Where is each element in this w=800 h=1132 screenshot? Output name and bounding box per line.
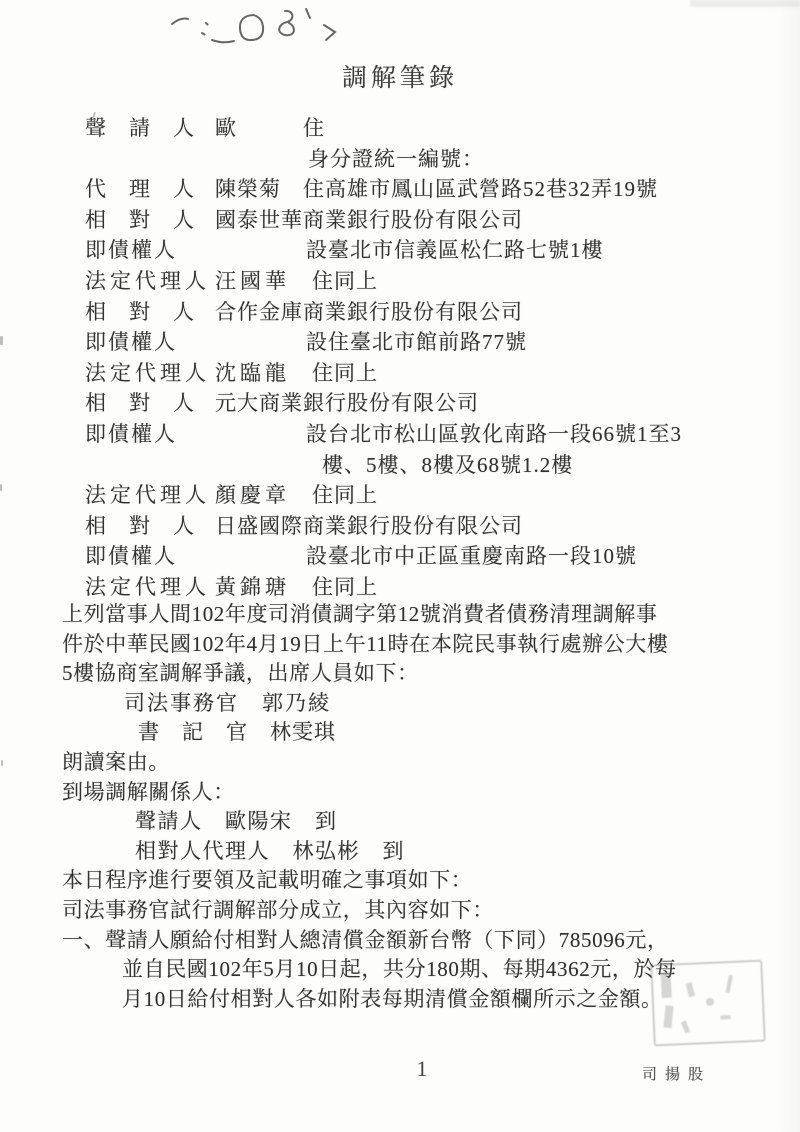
party-detail: 樓、5樓、8樓及68號1.2樓 <box>322 449 573 479</box>
record-body: 上列當事人間102年度司消債調字第12號消費者債務清理調解事 件於中華民國102… <box>0 598 800 1012</box>
party-name: 日盛國際商業銀行股份有限公司 <box>215 510 523 540</box>
party-label: 相 對 人 <box>85 387 195 417</box>
body-line-attendee: 相對人代理人 林弘彬 到 <box>135 835 800 865</box>
party-row-legal-rep: 法定代理人 黃錦瑭 住同上 <box>0 571 800 602</box>
party-name: 歐 <box>215 112 237 142</box>
body-line-clerk: 書 記 官 林雯琪 <box>138 716 800 746</box>
party-row-creditor: 即債權人 設臺北市信義區松仁路七號1樓 <box>0 234 800 265</box>
party-name: 元大商業銀行股份有限公司 <box>215 387 479 417</box>
party-label: 法定代理人 <box>85 571 210 601</box>
party-detail: 住同上 <box>312 479 378 509</box>
body-line: 件於中華民國102年4月19日上午11時在本院民事執行處辦公大樓 <box>62 628 800 658</box>
document-title: 調解筆錄 <box>0 58 800 94</box>
party-name: 黃錦瑭 <box>215 571 290 601</box>
court-seal-stamp <box>650 960 765 1047</box>
party-detail: 設臺北市中正區重慶南路一段10號 <box>306 540 637 570</box>
party-row-agent: 代 理 人 陳榮菊 住高雄市鳳山區武營路52巷32弄19號 <box>0 173 800 204</box>
body-line-attendee: 聲請人 歐陽宋 到 <box>135 805 800 835</box>
party-row-applicant: 聲 請 人 歐 住 <box>0 112 800 143</box>
scan-speck <box>0 336 3 345</box>
party-label: 相 對 人 <box>85 204 195 234</box>
party-detail: 住高雄市鳳山區武營路52巷32弄19號 <box>303 173 658 203</box>
party-row-id-number: 身分證統一編號： <box>0 143 800 174</box>
scan-speck <box>1 760 3 766</box>
body-line-settlement-amount: 一、聲請人願給付相對人總清償金額新台幣（下同）785096元， <box>62 924 800 954</box>
party-label: 聲 請 人 <box>85 112 195 142</box>
body-line: 本日程序進行要領及記載明確之事項如下： <box>62 864 800 894</box>
body-line: 到場調解關係人： <box>62 776 800 806</box>
party-detail: 設住臺北市館前路77號 <box>306 326 527 356</box>
party-list: 聲 請 人 歐 住 身分證統一編號： 代 理 人 陳榮菊 住高雄市鳳山區武營路5… <box>0 112 800 602</box>
court-section-label: 司揚股 <box>642 1063 711 1084</box>
party-name: 合作金庫商業銀行股份有限公司 <box>215 296 523 326</box>
party-row-creditor: 即債權人 設台北市松山區敦化南路一段66號1至3 <box>0 418 800 449</box>
scanned-document-page: 調解筆錄 聲 請 人 歐 住 身分證統一編號： 代 理 人 陳榮菊 住高雄市鳳山… <box>0 0 800 1132</box>
party-name: 國泰世華商業銀行股份有限公司 <box>215 204 523 234</box>
party-label: 相 對 人 <box>85 510 195 540</box>
body-line: 上列當事人間102年度司消債調字第12號消費者債務清理調解事 <box>62 598 800 628</box>
body-line: 朗讀案由。 <box>62 746 800 776</box>
party-label: 相 對 人 <box>85 296 195 326</box>
party-row-legal-rep: 法定代理人 沈臨龍 住同上 <box>0 357 800 388</box>
party-row-address-continuation: 樓、5樓、8樓及68號1.2樓 <box>0 449 800 480</box>
party-name: 顏慶章 <box>215 479 290 509</box>
party-row-legal-rep: 法定代理人 顏慶章 住同上 <box>0 479 800 510</box>
party-label: 法定代理人 <box>85 265 210 295</box>
party-name: 沈臨龍 <box>215 357 290 387</box>
body-line: 司法事務官試行調解部分成立，其內容如下： <box>62 894 800 924</box>
party-row-respondent: 相 對 人 元大商業銀行股份有限公司 <box>0 387 800 418</box>
party-name: 汪國華 <box>215 265 290 295</box>
party-label: 即債權人 <box>85 418 177 448</box>
party-label: 法定代理人 <box>85 479 210 509</box>
party-label: 代 理 人 <box>85 173 195 203</box>
party-row-creditor: 即債權人 設住臺北市館前路77號 <box>0 326 800 357</box>
handwritten-mark <box>0 0 400 60</box>
party-row-respondent: 相 對 人 國泰世華商業銀行股份有限公司 <box>0 204 800 235</box>
party-row-legal-rep: 法定代理人 汪國華 住同上 <box>0 265 800 296</box>
party-label: 法定代理人 <box>85 357 210 387</box>
page-number: 1 <box>402 1056 442 1082</box>
scan-edge-band <box>774 0 800 1132</box>
party-label: 即債權人 <box>85 540 177 570</box>
party-detail: 住 <box>303 112 325 142</box>
party-detail: 身分證統一編號： <box>308 143 484 173</box>
party-detail: 設臺北市信義區松仁路七號1樓 <box>306 234 604 264</box>
party-name: 陳榮菊 <box>215 173 281 203</box>
party-detail: 住同上 <box>312 357 378 387</box>
scan-speck <box>0 484 2 491</box>
party-detail: 住同上 <box>312 265 378 295</box>
body-line: 5樓協商室調解爭議，出席人員如下： <box>62 657 800 687</box>
party-detail: 住同上 <box>312 571 378 601</box>
party-label: 即債權人 <box>85 234 177 264</box>
party-detail: 設台北市松山區敦化南路一段66號1至3 <box>306 418 682 448</box>
party-label: 即債權人 <box>85 326 177 356</box>
party-row-creditor: 即債權人 設臺北市中正區重慶南路一段10號 <box>0 540 800 571</box>
body-line-judicial-officer: 司法事務官 郭乃綾 <box>124 687 800 717</box>
party-row-respondent: 相 對 人 合作金庫商業銀行股份有限公司 <box>0 296 800 327</box>
party-row-respondent: 相 對 人 日盛國際商業銀行股份有限公司 <box>0 510 800 541</box>
